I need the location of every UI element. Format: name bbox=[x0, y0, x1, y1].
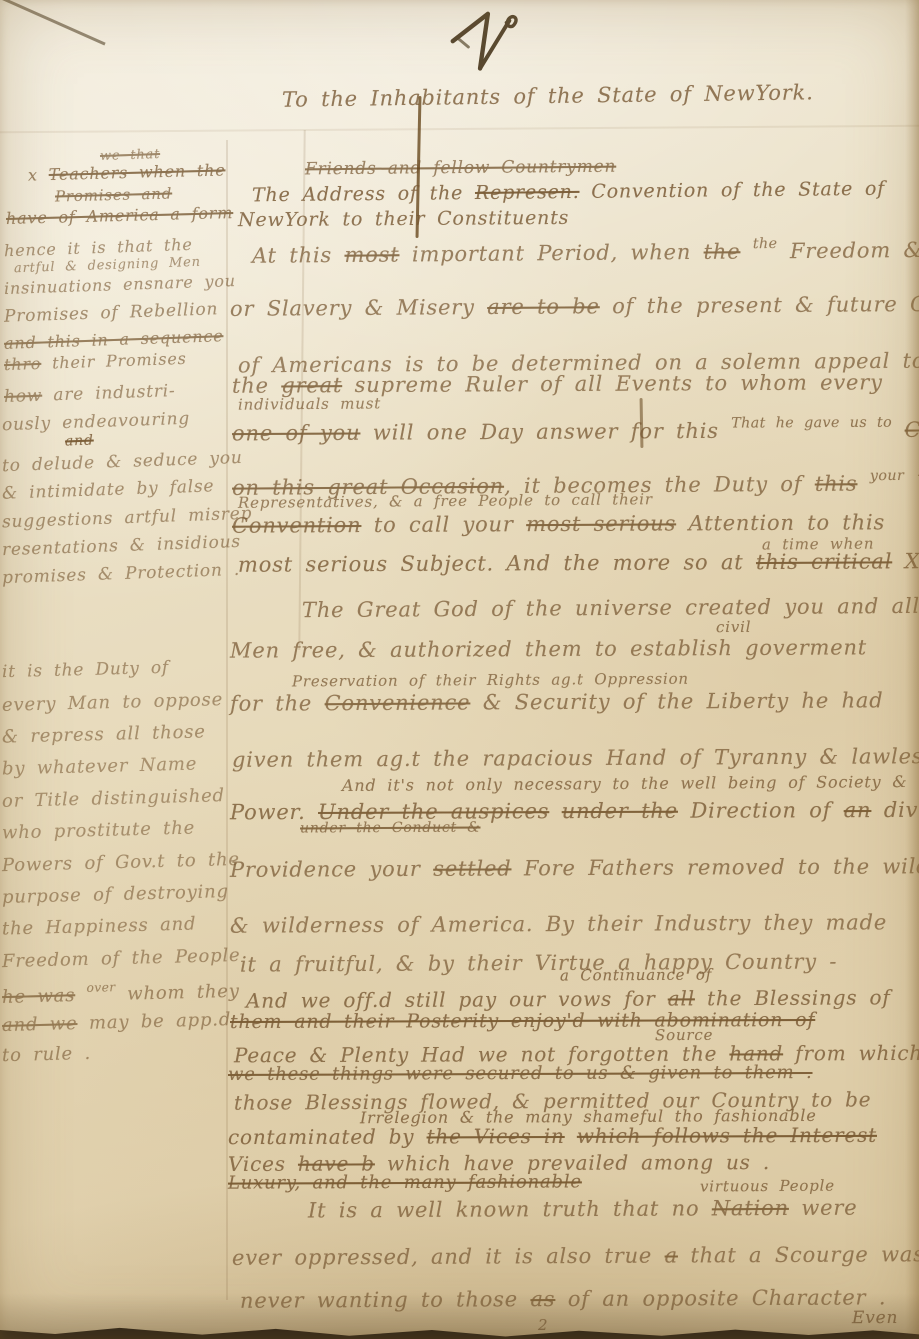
margin-note: every Man to oppose bbox=[2, 689, 224, 716]
handwriting-text bbox=[75, 985, 87, 1006]
subheading-line: NewYork to their Constituents bbox=[238, 207, 569, 231]
handwriting-text: important Period, when bbox=[399, 240, 703, 267]
margin-note: Freedom of the People bbox=[2, 945, 241, 972]
margin-note: by whatever Name bbox=[2, 753, 198, 779]
struck-text: all bbox=[668, 986, 695, 1010]
handwriting-text: virtuous People bbox=[700, 1177, 835, 1196]
manuscript-line: Representatives, & a free People to call… bbox=[238, 490, 653, 512]
handwriting-text: Promises of Rebellion bbox=[4, 299, 219, 326]
handwriting-text: that a Scourge was bbox=[678, 1242, 919, 1267]
handwriting-text: most serious Subject. And the more so at bbox=[238, 550, 756, 577]
struck-text: under the Conduct & bbox=[300, 820, 481, 837]
margin-note: promises & Protection . bbox=[2, 560, 241, 588]
manuscript-line: we these things were secured to us & giv… bbox=[228, 1062, 813, 1085]
handwriting-text: Attention to this bbox=[676, 510, 885, 535]
manuscript-lines: To the Inhabitants of the State of NewYo… bbox=[0, 0, 919, 1339]
margin-note: who prostitute the bbox=[2, 817, 196, 843]
handwriting-text: to delude & seduce you bbox=[2, 448, 243, 476]
handwriting-text: NewYork to their Constituents bbox=[238, 207, 569, 231]
handwriting-text: The Address of the bbox=[252, 182, 475, 206]
margin-note: or Title distinguished bbox=[2, 785, 225, 812]
struck-text: an bbox=[844, 798, 872, 822]
handwriting-text: will one Day answer for this bbox=[360, 419, 731, 445]
struck-text: which follows the Interest bbox=[577, 1123, 877, 1148]
handwriting-text: ously endeavouring bbox=[2, 409, 191, 436]
handwriting-text: or Slavery & Misery bbox=[230, 295, 487, 321]
struck-text: have of America a form bbox=[6, 203, 234, 228]
handwriting-text: it is the Duty of bbox=[2, 658, 169, 682]
struck-text: this critical bbox=[756, 549, 892, 574]
struck-text: them and their Posterity enjoy'd with ab… bbox=[230, 1009, 815, 1033]
handwriting-text: the bbox=[232, 373, 281, 397]
handwriting-text: Fore Fathers removed to the wilds bbox=[511, 854, 919, 880]
manuscript-line: Preservation of their Rights ag.t Oppres… bbox=[292, 670, 689, 691]
handwriting-text: it a fruitful, & by their Virtue a happy… bbox=[240, 949, 837, 976]
margin-note: the Happiness and bbox=[2, 913, 197, 939]
margin-note: Promises and bbox=[55, 184, 173, 205]
handwriting-text: supreme Ruler of all Events to whom ever… bbox=[342, 370, 883, 397]
manuscript-line: Luxury, and the many fashionable bbox=[228, 1171, 582, 1193]
handwriting-text: At this bbox=[252, 243, 345, 268]
struck-text: and bbox=[65, 433, 94, 450]
manuscript-line: them and their Posterity enjoy'd with ab… bbox=[230, 1009, 815, 1033]
handwriting-text: Preservation of their Rights ag.t Oppres… bbox=[292, 670, 689, 691]
handwriting-text: may be app.d bbox=[77, 1009, 231, 1034]
handwriting-text: individuals must bbox=[238, 394, 381, 413]
struck-text: Nation bbox=[712, 1196, 789, 1220]
struck-text: the bbox=[704, 240, 741, 264]
struck-text: most serious bbox=[526, 511, 676, 536]
manuscript-line: or Slavery & Misery are to be of the pre… bbox=[230, 291, 919, 321]
manuscript-line: Providence your settled Fore Fathers rem… bbox=[230, 854, 919, 882]
handwriting-text: ever oppressed, and it is also true bbox=[232, 1244, 665, 1270]
handwriting-text: civil bbox=[716, 618, 751, 636]
manuscript-line: under the Conduct & bbox=[300, 820, 481, 837]
struck-text: Promises and bbox=[55, 184, 173, 205]
struck-text: settled bbox=[433, 856, 511, 880]
handwriting-text: & intimidate by false bbox=[2, 476, 215, 503]
inserted-text: your bbox=[870, 468, 904, 484]
inserted-text: over bbox=[86, 980, 115, 995]
handwriting-text: And it's not only necessary to the well … bbox=[342, 772, 907, 795]
handwriting-text: are industri- bbox=[42, 381, 176, 406]
handwriting-text: their Promises bbox=[41, 349, 187, 373]
struck-text: Convenience bbox=[325, 690, 471, 715]
manuscript-line: At this most important Period, when the … bbox=[252, 233, 919, 267]
handwriting-text: to call your bbox=[361, 512, 526, 537]
handwriting-text: suggestions artful misrep bbox=[2, 504, 253, 533]
heading: To the Inhabitants of the State of NewYo… bbox=[282, 80, 814, 111]
margin-note: he was over whom they bbox=[2, 977, 240, 1008]
margin-note: & repress all those bbox=[2, 721, 206, 747]
handwriting-text: To the Inhabitants of the State of NewYo… bbox=[282, 80, 814, 111]
handwriting-text: given them ag.t the rapacious Hand of Ty… bbox=[232, 744, 919, 772]
subheading-line: The Address of the Represen. Convention … bbox=[252, 178, 885, 207]
manuscript-line: given them ag.t the rapacious Hand of Ty… bbox=[232, 744, 919, 772]
manuscript-line: civil bbox=[716, 618, 751, 636]
handwriting-text: were bbox=[789, 1196, 858, 1220]
manuscript-line: Friends and fellow Countrymen bbox=[305, 157, 616, 180]
struck-text: and this in a sequence bbox=[4, 326, 224, 353]
margin-note: x Teachers when the bbox=[28, 160, 226, 184]
handwriting-text: Freedom & Happiness bbox=[777, 237, 919, 263]
handwriting-text: to rule . bbox=[2, 1043, 92, 1066]
manuscript-line: Convention to call your most serious Att… bbox=[232, 510, 885, 537]
handwriting-text: purpose of destroying bbox=[2, 881, 229, 908]
handwriting-text bbox=[857, 471, 870, 495]
struck-text: this bbox=[815, 472, 858, 496]
manuscript-line: a Continuance of bbox=[560, 965, 712, 984]
manuscript-line: individuals must bbox=[238, 394, 381, 413]
handwriting-text bbox=[892, 418, 905, 442]
handwriting-text: Convention of the State of bbox=[579, 178, 885, 203]
inserted-text: That he gave us to bbox=[731, 415, 892, 432]
struck-text: a bbox=[665, 1243, 678, 1267]
margin-note: it is the Duty of bbox=[2, 658, 169, 682]
struck-text: Luxury, and the many fashionable bbox=[228, 1171, 582, 1193]
handwriting-text bbox=[740, 239, 753, 263]
struck-text: are to be bbox=[487, 294, 600, 319]
handwriting-text: who prostitute the bbox=[2, 817, 196, 843]
struck-text: how bbox=[4, 386, 43, 407]
manuscript-line: it a fruitful, & by their Virtue a happy… bbox=[240, 949, 837, 976]
margin-note: suggestions artful misrep bbox=[2, 504, 253, 533]
handwriting-text: for the bbox=[230, 691, 325, 715]
margin-note: Powers of Gov.t to the bbox=[2, 849, 240, 876]
manuscript-line: It is a well known truth that no Nation … bbox=[308, 1196, 858, 1223]
struck-text: Represen. bbox=[475, 181, 580, 204]
margin-note: have of America a form bbox=[6, 203, 234, 228]
manuscript-page: To the Inhabitants of the State of NewYo… bbox=[0, 0, 919, 1339]
handwriting-text: Powers of Gov.t to the bbox=[2, 849, 240, 876]
handwriting-text: every Man to oppose bbox=[2, 689, 224, 716]
handwriting-text: It is a well known truth that no bbox=[308, 1196, 712, 1222]
margin-note: and this in a sequence bbox=[4, 326, 224, 353]
struck-text: under the bbox=[562, 799, 678, 823]
margin-note: how are industri- bbox=[4, 381, 176, 407]
handwriting-text: x bbox=[28, 165, 49, 185]
handwriting-text: the Happiness and bbox=[2, 913, 197, 939]
handwriting-text: Representatives, & a free People to call… bbox=[238, 490, 653, 512]
manuscript-line: one of you will one Day answer for this … bbox=[232, 414, 919, 446]
struck-text: most bbox=[344, 242, 399, 266]
manuscript-line: most serious Subject. And the more so at… bbox=[238, 549, 919, 577]
handwriting-text: & repress all those bbox=[2, 721, 206, 747]
struck-text: Teachers when the bbox=[48, 160, 225, 184]
margin-note: to rule . bbox=[2, 1043, 92, 1066]
handwriting-text: whom they bbox=[115, 981, 240, 1005]
margin-note: & intimidate by false bbox=[2, 476, 215, 503]
struck-text: and we bbox=[2, 1013, 78, 1036]
manuscript-line: virtuous People bbox=[700, 1177, 835, 1196]
handwriting-text: resentations & insidious bbox=[2, 532, 242, 560]
manuscript-line: ever oppressed, and it is also true a th… bbox=[232, 1242, 919, 1270]
handwriting-text bbox=[549, 799, 562, 823]
margin-note: and we may be app.d bbox=[2, 1009, 232, 1036]
handwriting-text: contaminated by bbox=[228, 1124, 427, 1149]
struck-text: he was bbox=[2, 985, 76, 1008]
struck-text: one of you bbox=[232, 421, 361, 446]
struck-text: thro bbox=[4, 354, 42, 374]
manuscript-line: the great supreme Ruler of all Events to… bbox=[232, 370, 883, 397]
handwriting-text: The Great God of the universe created yo… bbox=[302, 594, 919, 622]
struck-text: Friends and fellow Countrymen bbox=[305, 157, 616, 180]
manuscript-line: The Great God of the universe created yo… bbox=[302, 594, 919, 622]
margin-note: to delude & seduce you bbox=[2, 448, 243, 476]
handwriting-text: Providence your bbox=[230, 857, 433, 882]
struck-text: the Vices in bbox=[427, 1124, 565, 1148]
handwriting-text: of the present & future Generation bbox=[600, 291, 919, 318]
handwriting-text: promises & Protection . bbox=[2, 560, 241, 588]
struck-text: we these things were secured to us & giv… bbox=[228, 1062, 813, 1085]
manuscript-line: & wilderness of America. By their Indust… bbox=[230, 910, 887, 937]
margin-note: purpose of destroying bbox=[2, 881, 229, 908]
margin-note: and bbox=[65, 433, 94, 450]
handwriting-text: Direction of bbox=[678, 798, 844, 823]
margin-note: Promises of Rebellion bbox=[4, 299, 219, 326]
handwriting-text: & Security of the Liberty he had bbox=[470, 688, 883, 714]
manuscript-line: contaminated by the Vices in which follo… bbox=[228, 1123, 877, 1149]
handwriting-text: or Title distinguished bbox=[2, 785, 225, 812]
handwriting-text: Men free, & authorized them to establish… bbox=[230, 635, 867, 662]
manuscript-line: Men free, & authorized them to establish… bbox=[230, 635, 867, 662]
handwriting-text: a Continuance of bbox=[560, 965, 712, 984]
handwriting-text: Freedom of the People bbox=[2, 945, 241, 972]
margin-note: resentations & insidious bbox=[2, 532, 242, 560]
handwriting-text bbox=[565, 1124, 577, 1148]
handwriting-text: the Blessings of bbox=[695, 985, 891, 1010]
margin-note: thro their Promises bbox=[4, 349, 187, 374]
manuscript-line: And it's not only necessary to the well … bbox=[342, 772, 907, 795]
inserted-text: the bbox=[753, 236, 778, 252]
margin-note: ously endeavouring bbox=[2, 409, 191, 436]
handwriting-text: by whatever Name bbox=[2, 753, 198, 779]
page-edge-right bbox=[905, 0, 919, 1339]
handwriting-text: & wilderness of America. By their Indust… bbox=[230, 910, 887, 937]
manuscript-line: for the Convenience & Security of the Li… bbox=[230, 688, 884, 715]
